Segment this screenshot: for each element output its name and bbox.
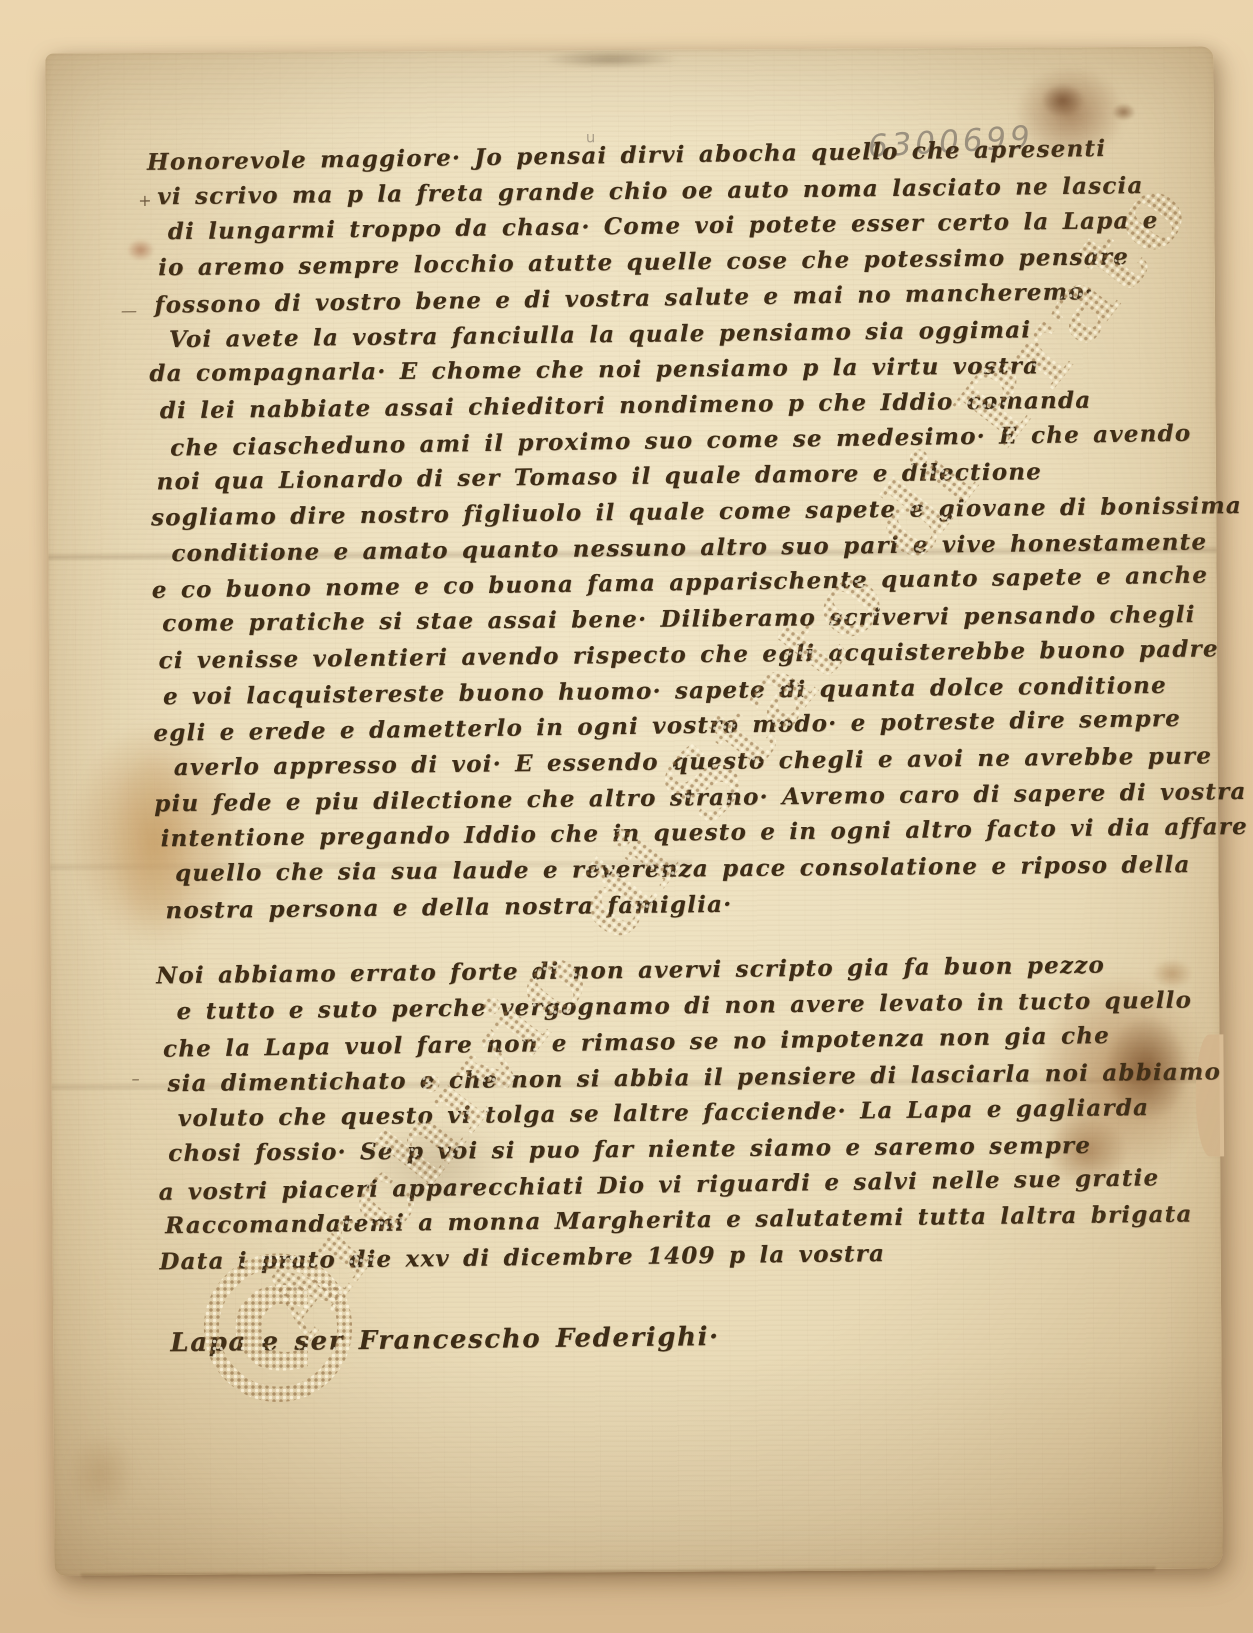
stain-top-right-dot <box>1112 103 1136 121</box>
stain-right-small <box>1151 959 1193 989</box>
bottom-sheet-edge <box>81 1567 1156 1581</box>
stain-bottom-left <box>66 1433 136 1513</box>
signature-line: Lapa e ser Francescho Federighi· <box>170 1316 1090 1362</box>
photo-backdrop: 6300699 u + — – Honorevole maggiore· Jo … <box>0 0 1253 1633</box>
manuscript-paper: 6300699 u + — – Honorevole maggiore· Jo … <box>45 46 1222 1575</box>
torn-edge-notch <box>1195 1034 1224 1156</box>
smudge-top-edge <box>540 50 680 69</box>
margin-mark-dash-lower: – <box>132 1069 140 1088</box>
stain-top-right-core <box>1041 83 1085 117</box>
letter-text: Honorevole maggiore· Jo pensai dirvi abo… <box>147 133 1091 1362</box>
margin-mark-dash: — <box>121 301 137 320</box>
